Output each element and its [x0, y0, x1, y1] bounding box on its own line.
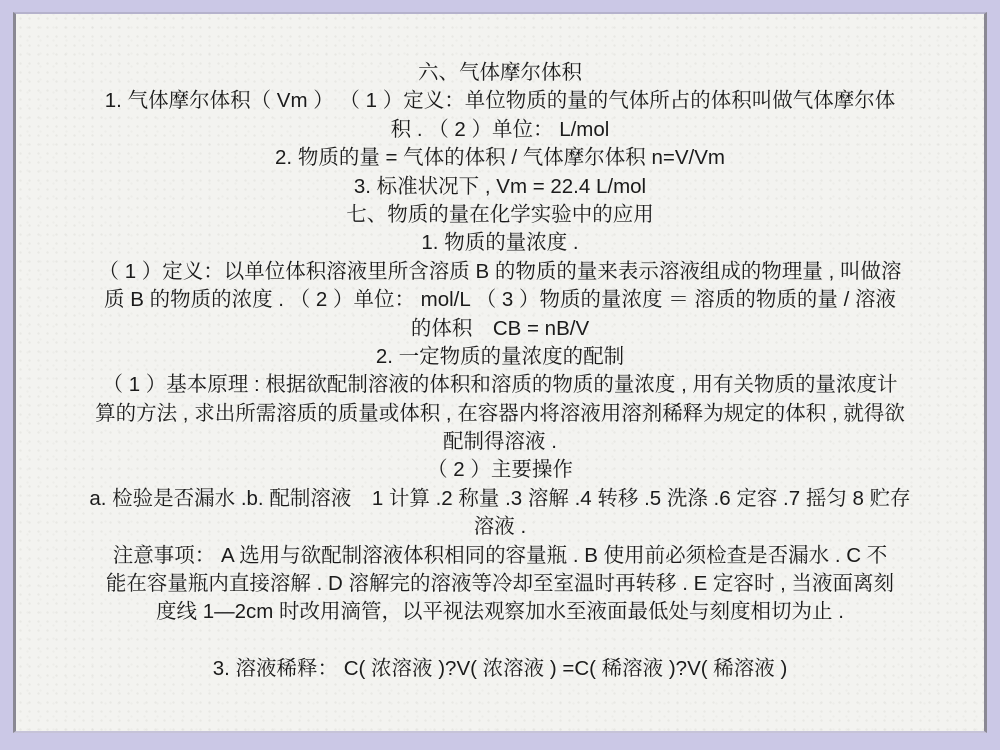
text-line: 溶液 . [16, 513, 984, 541]
text-line: 积 . （ 2 ）单位： L/mol [16, 116, 984, 144]
text-line-blank [16, 627, 984, 655]
slide-text-block: 六、气体摩尔体积 1. 气体摩尔体积（ Vm ） （ 1 ）定义：单位物质的量的… [16, 14, 984, 684]
text-line: （ 1 ）定义：以单位体积溶液里所含溶质 B 的物质的量来表示溶液组成的物理量 … [16, 258, 984, 286]
page-background: 六、气体摩尔体积 1. 气体摩尔体积（ Vm ） （ 1 ）定义：单位物质的量的… [0, 0, 1000, 750]
text-line-section-6-title: 六、气体摩尔体积 [16, 59, 984, 87]
text-line: 2. 物质的量 = 气体的体积 / 气体摩尔体积 n=V/Vm [16, 144, 984, 172]
text-line: 度线 1—2cm 时改用滴管，以平视法观察加水至液面最低处与刻度相切为止 . [16, 598, 984, 626]
text-line: （ 2 ）主要操作 [16, 456, 984, 484]
text-line: （ 1 ）基本原理 : 根据欲配制溶液的体积和溶质的物质的量浓度 , 用有关物质… [16, 371, 984, 399]
text-line: 1. 气体摩尔体积（ Vm ） （ 1 ）定义：单位物质的量的气体所占的体积叫做… [16, 87, 984, 115]
slide: 六、气体摩尔体积 1. 气体摩尔体积（ Vm ） （ 1 ）定义：单位物质的量的… [13, 12, 987, 733]
text-line: 3. 标准状况下 , Vm = 22.4 L/mol [16, 173, 984, 201]
text-line: 的体积 CB = nB/V [16, 315, 984, 343]
text-line: a. 检验是否漏水 .b. 配制溶液 1 计算 .2 称量 .3 溶解 .4 转… [16, 485, 984, 513]
text-line: 2. 一定物质的量浓度的配制 [16, 343, 984, 371]
text-line: 能在容量瓶内直接溶解 . D 溶解完的溶液等冷却至室温时再转移 . E 定容时 … [16, 570, 984, 598]
text-line: 配制得溶液 . [16, 428, 984, 456]
text-line-section-7-title: 七、物质的量在化学实验中的应用 [16, 201, 984, 229]
text-line: 算的方法 , 求出所需溶质的质量或体积 , 在容器内将溶液用溶剂稀释为规定的体积… [16, 400, 984, 428]
text-line: 注意事项： A 选用与欲配制溶液体积相同的容量瓶 . B 使用前必须检查是否漏水… [16, 542, 984, 570]
text-line: 质 B 的物质的浓度 . （ 2 ）单位： mol/L （ 3 ）物质的量浓度 … [16, 286, 984, 314]
text-line: 1. 物质的量浓度 . [16, 229, 984, 257]
text-line-dilution-formula: 3. 溶液稀释： C( 浓溶液 )?V( 浓溶液 ) =C( 稀溶液 )?V( … [16, 655, 984, 683]
